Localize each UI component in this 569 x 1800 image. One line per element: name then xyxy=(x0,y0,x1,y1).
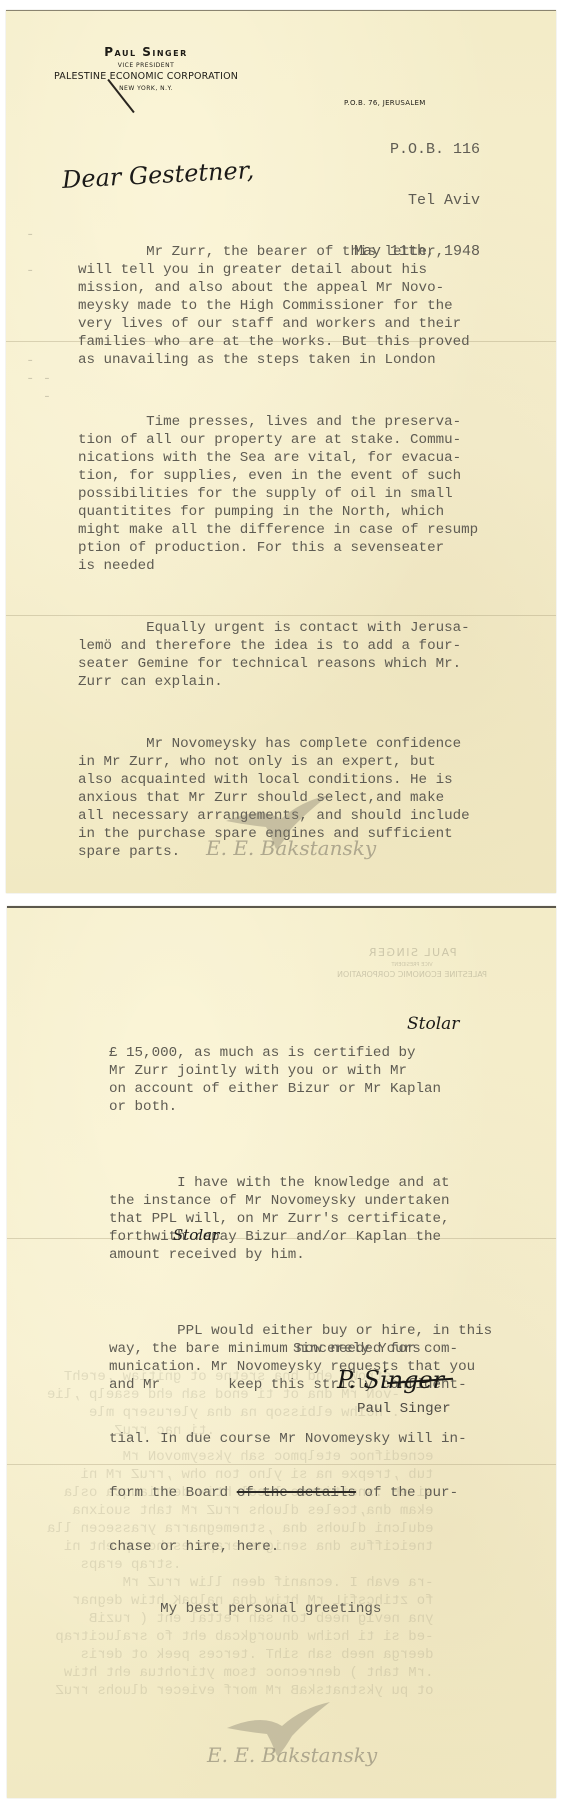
text-segment: of the pur- xyxy=(356,1485,458,1501)
handwritten-name: Stolar xyxy=(173,1226,219,1244)
letterhead-name: Paul Singer xyxy=(46,45,246,59)
text-segment: form the Board xyxy=(109,1485,237,1501)
signer-name: Paul Singer xyxy=(357,1400,451,1418)
text-line-with-strikethrough: form the Board of the details of the pur… xyxy=(109,1484,492,1502)
paragraph: Time presses, lives and the preserva- ti… xyxy=(78,413,478,575)
letter-page-1: Paul Singer VICE PRESIDENT PALESTINE ECO… xyxy=(6,10,556,893)
paragraph: I have with the knowledge and at the ins… xyxy=(109,1174,492,1264)
watermark-signature: E. E. Bakstansky xyxy=(207,1743,377,1767)
text-line: chase or hire, here. xyxy=(109,1538,492,1556)
bleed-through-marks: - - - - - - xyxy=(26,226,51,406)
paragraph: Mr Zurr, the bearer of this letter, will… xyxy=(78,243,478,369)
text-line: tial. In due course Mr Novomeysky will i… xyxy=(109,1430,492,1448)
bleed-through-letterhead: PAUL SINGER VICE PRESIDENT PALESTINE ECO… xyxy=(337,946,487,979)
watermark-signature: E. E. Bakstansky xyxy=(206,836,376,860)
struck-text: of the details xyxy=(237,1485,356,1501)
paragraph: Equally urgent is contact with Jerusa- l… xyxy=(78,619,478,691)
letterhead-title: VICE PRESIDENT xyxy=(46,62,246,69)
letterhead-corporation: PALESTINE ECONOMIC CORPORATION xyxy=(46,71,246,82)
closing-line: Sincerely Yours xyxy=(293,1340,421,1358)
printed-address: P.O.B. 76, JERUSALEM xyxy=(344,99,426,107)
greetings-line: My best personal greetings xyxy=(109,1600,492,1618)
letterhead: Paul Singer VICE PRESIDENT PALESTINE ECO… xyxy=(46,45,246,92)
letter-page-2: PAUL SINGER VICE PRESIDENT PALESTINE ECO… xyxy=(7,906,556,1798)
handwritten-salutation: Dear Gestetner, xyxy=(61,156,254,194)
handwritten-name: Stolar xyxy=(407,1014,459,1034)
letterhead-city: NEW YORK, N.Y. xyxy=(46,85,246,92)
pob-line: P.O.B. 116 xyxy=(310,141,480,158)
paragraph: £ 15,000, as much as is certified by Mr … xyxy=(109,1044,492,1116)
letter-body-page-2: £ 15,000, as much as is certified by Mr … xyxy=(109,1008,492,1654)
